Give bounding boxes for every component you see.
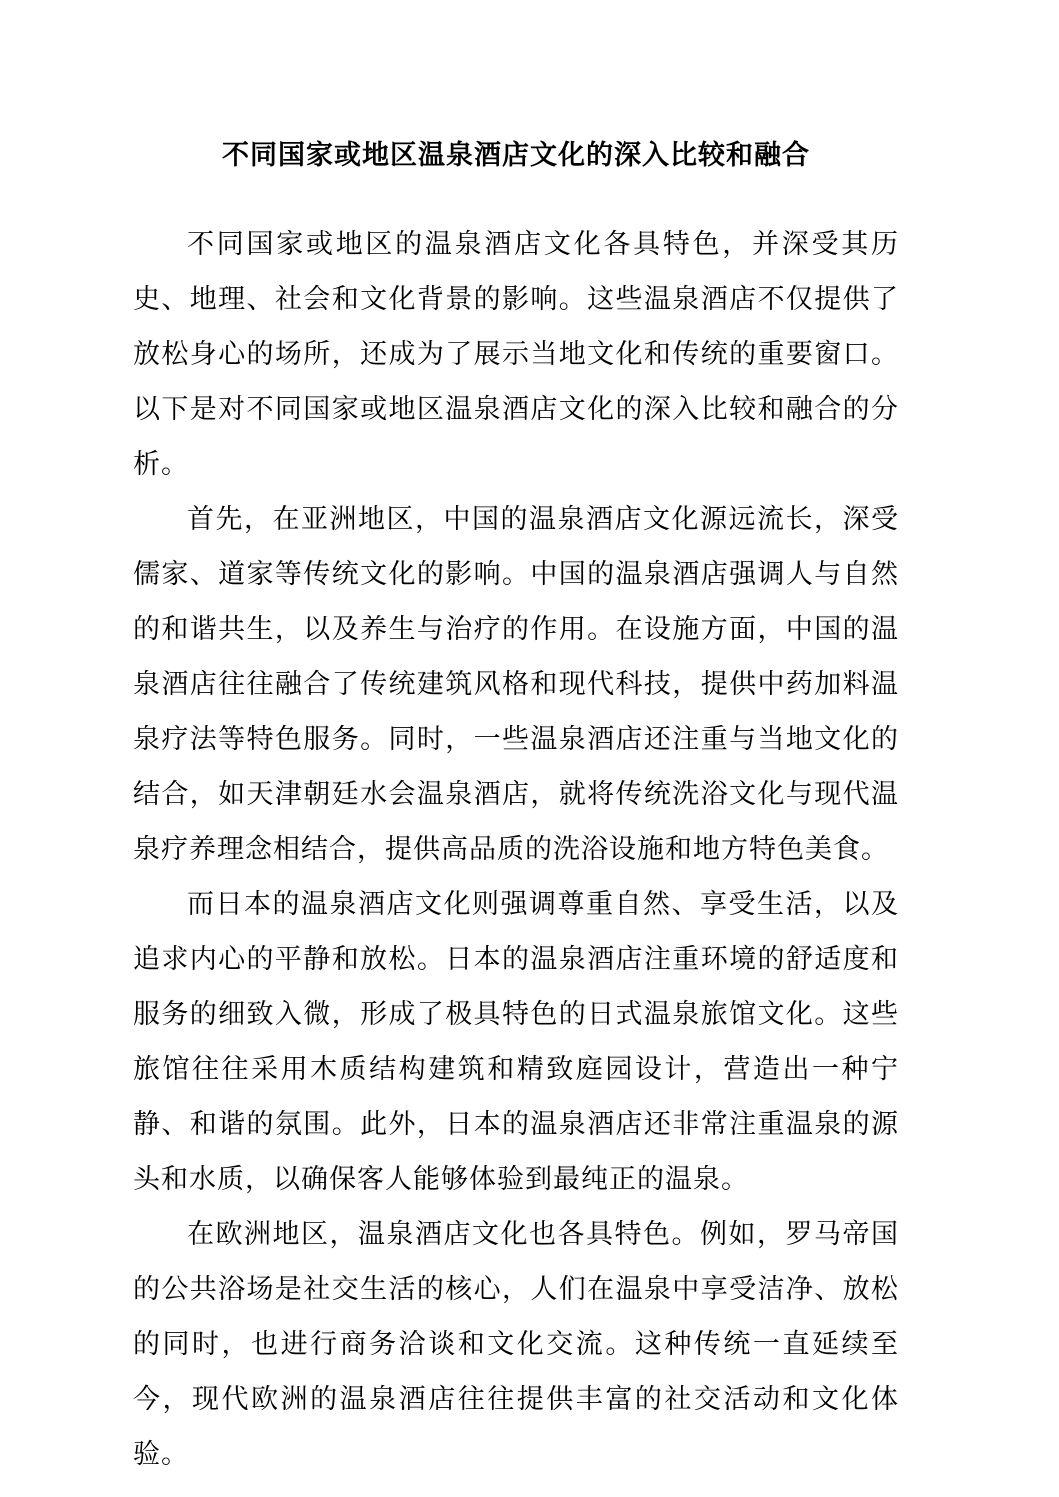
paragraph-intro: 不同国家或地区的温泉酒店文化各具特色，并深受其历史、地理、社会和文化背景的影响。… [133, 217, 899, 492]
document-title: 不同国家或地区温泉酒店文化的深入比较和融合 [133, 140, 899, 172]
paragraph-japan: 而日本的温泉酒店文化则强调尊重自然、享受生活，以及追求内心的平静和放松。日本的温… [133, 877, 899, 1207]
paragraph-europe: 在欧洲地区，温泉酒店文化也各具特色。例如，罗马帝国的公共浴场是社交生活的核心，人… [133, 1207, 899, 1482]
paragraph-china: 首先，在亚洲地区，中国的温泉酒店文化源远流长，深受儒家、道家等传统文化的影响。中… [133, 492, 899, 877]
document-body: 不同国家或地区的温泉酒店文化各具特色，并深受其历史、地理、社会和文化背景的影响。… [133, 217, 899, 1482]
document-page: 不同国家或地区温泉酒店文化的深入比较和融合 不同国家或地区的温泉酒店文化各具特色… [0, 0, 1059, 1497]
